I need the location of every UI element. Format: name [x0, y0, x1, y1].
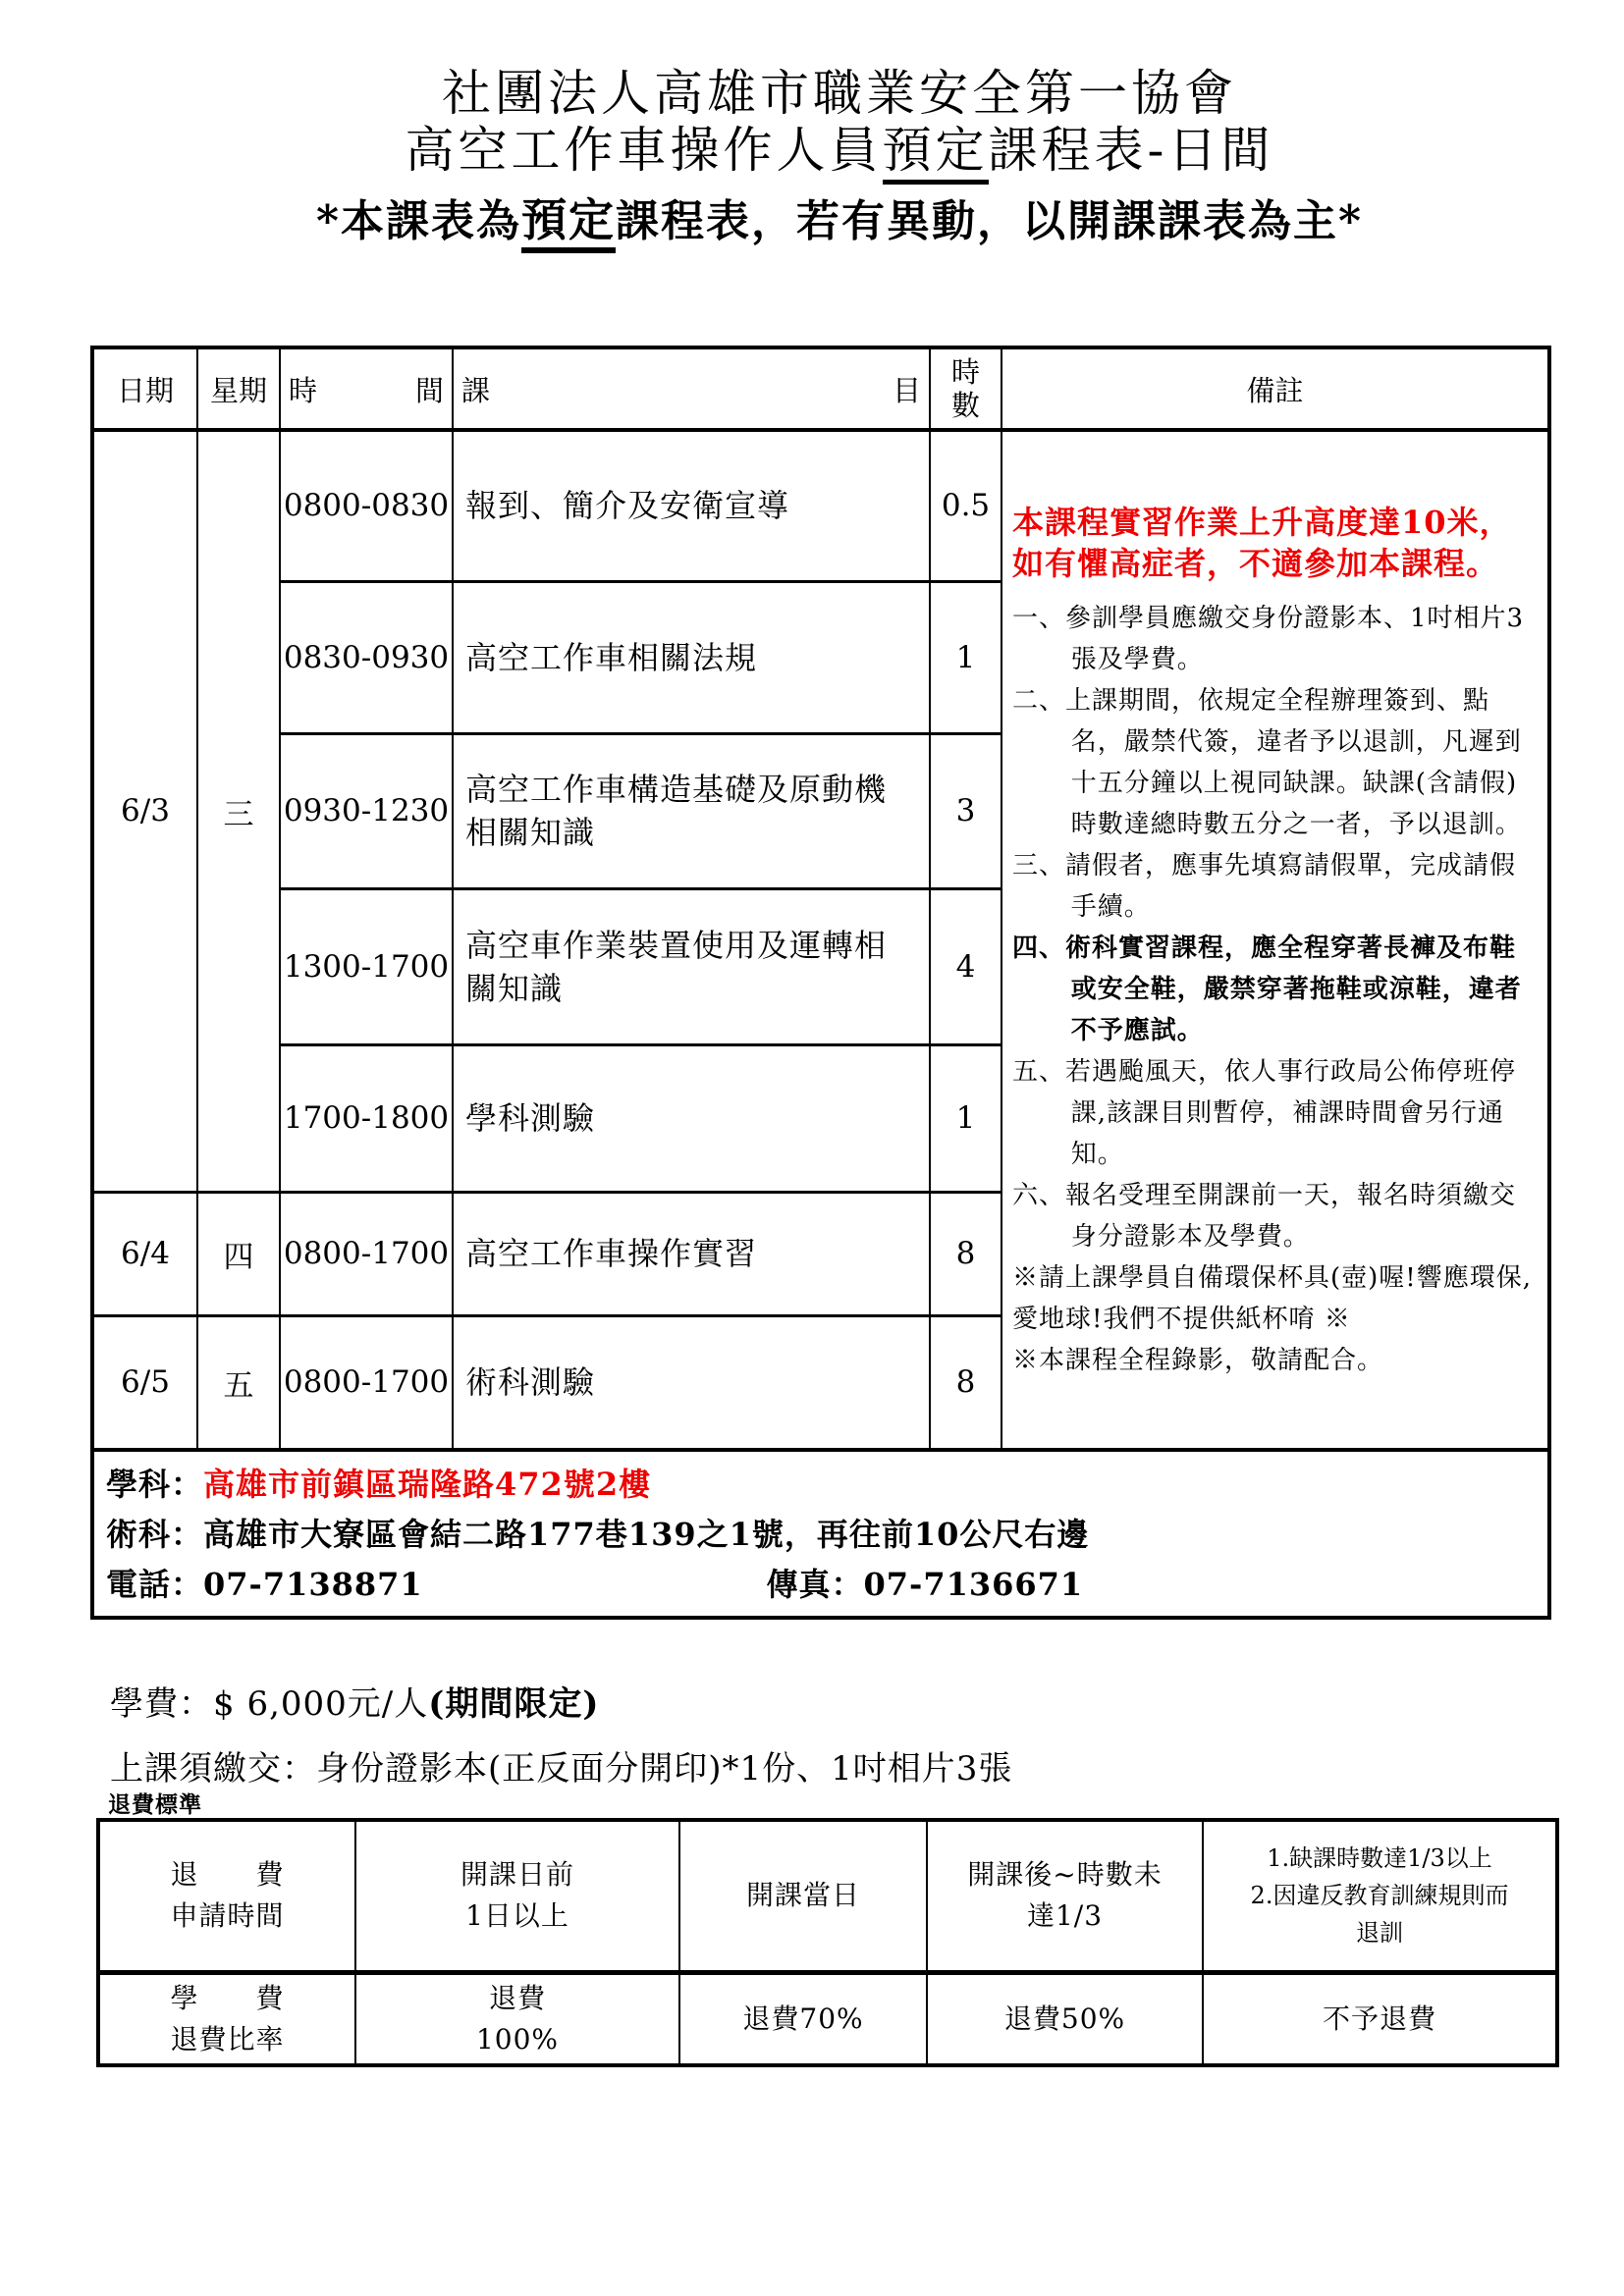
header-subject-first: 課 — [461, 369, 490, 409]
time-cell: 0830-0930 — [280, 581, 453, 733]
time-cell: 0800-1700 — [280, 1315, 453, 1450]
practical-location-line: 術科：高雄市大寮區會結二路177巷139之1號，再往前10公尺右邊 — [106, 1510, 1542, 1560]
refund-100: 退費 100% — [355, 1972, 679, 2065]
schedule-row: 6/3 三 0800-0830 報到、簡介及安衛宣導 0.5 本課程實習作業上升… — [92, 430, 1549, 581]
subject-cell: 學科測驗 — [453, 1044, 930, 1192]
notice-line: *本課表為預定課程表，若有異動，以開課課表為主* — [59, 194, 1620, 247]
time-cell: 1700-1800 — [280, 1044, 453, 1192]
header-hours: 時 數 — [930, 347, 1001, 430]
refund-50: 退費50% — [927, 1972, 1203, 2065]
header-time-first: 時 — [289, 369, 317, 409]
header-subject: 課目 — [453, 347, 930, 430]
hours-cell: 8 — [930, 1192, 1001, 1315]
table-footer-row: 學科：高雄市前鎮區瑞隆路472號2樓 術科：高雄市大寮區會結二路177巷139之… — [92, 1450, 1549, 1618]
refund-none: 不予退費 — [1203, 1972, 1557, 2065]
fax-number: 傳真：07-7136671 — [767, 1560, 1084, 1610]
refund-header-same-day: 開課當日 — [679, 1820, 927, 1972]
schedule-table: 日期 星期 時間 課目 時 數 備註 6/3 三 0800-0830 報到、簡介… — [90, 346, 1551, 1620]
refund-table: 退 費 申請時間 開課日前 1日以上 開課當日 開課後~時數未 達1/3 1.缺… — [96, 1818, 1559, 2067]
header-time-last: 間 — [415, 369, 444, 409]
document-heading: 社團法人高雄市職業安全第一協會 高空工作車操作人員預定課程表-日間 *本課表為預… — [59, 65, 1620, 247]
refund-ratio-label: 學 費 退費比率 — [98, 1972, 355, 2065]
notice-prefix: *本課表為 — [316, 196, 521, 246]
subject-cell: 報到、簡介及安衛宣導 — [453, 430, 930, 581]
refund-header-row: 退 費 申請時間 開課日前 1日以上 開課當日 開課後~時數未 達1/3 1.缺… — [98, 1820, 1557, 1972]
subject-cell: 術科測驗 — [453, 1315, 930, 1450]
refund-value-row: 學 費 退費比率 退費 100% 退費70% 退費50% 不予退費 — [98, 1972, 1557, 2065]
date-cell: 6/5 — [92, 1315, 197, 1450]
schedule-header-row: 日期 星期 時間 課目 時 數 備註 — [92, 347, 1549, 430]
time-cell: 0800-0830 — [280, 430, 453, 581]
academic-address: 高雄市前鎮區瑞隆路472號2樓 — [203, 1466, 651, 1503]
document-page: 社團法人高雄市職業安全第一協會 高空工作車操作人員預定課程表-日間 *本課表為預… — [0, 0, 1624, 2296]
weekday-cell: 四 — [197, 1192, 280, 1315]
hours-cell: 1 — [930, 581, 1001, 733]
tuition-limited-note: (期間限定) — [428, 1684, 599, 1724]
refund-70: 退費70% — [679, 1972, 927, 2065]
header-weekday: 星期 — [197, 347, 280, 430]
hours-cell: 8 — [930, 1315, 1001, 1450]
time-cell: 0800-1700 — [280, 1192, 453, 1315]
weekday-cell: 五 — [197, 1315, 280, 1450]
refund-header-dismissal: 1.缺課時數達1/3以上 2.因違反教育訓練規則而 退訓 — [1203, 1820, 1557, 1972]
remark-item-1: 一、參訓學員應繳交身份證影本、1吋相片3張及學費。 — [1012, 598, 1540, 680]
time-cell: 1300-1700 — [280, 888, 453, 1044]
academic-location-line: 學科：高雄市前鎮區瑞隆路472號2樓 — [106, 1460, 1542, 1510]
phone-number: 電話：07-7138871 — [106, 1560, 767, 1610]
eco-cup-note: ※請上課學員自備環保杯具(壺)喔!響應環保,愛地球!我們不提供紙杯唷 ※ — [1012, 1257, 1540, 1340]
hours-cell: 1 — [930, 1044, 1001, 1192]
phone-fax-line: 電話：07-7138871傳真：07-7136671 — [106, 1560, 1542, 1610]
remarks-list: 一、參訓學員應繳交身份證影本、1吋相片3張及學費。 二、上課期間，依規定全程辦理… — [1012, 598, 1540, 1381]
header-time: 時間 — [280, 347, 453, 430]
time-cell: 0930-1230 — [280, 733, 453, 888]
remark-item-3: 三、請假者，應事先填寫請假單，完成請假手續。 — [1012, 845, 1540, 928]
refund-header-apply-time: 退 費 申請時間 — [98, 1820, 355, 1972]
hours-cell: 0.5 — [930, 430, 1001, 581]
hours-cell: 3 — [930, 733, 1001, 888]
header-subject-last: 目 — [893, 369, 921, 409]
fees-section: 學費：$ 6,000元/人(期間限定) 上課須繳交：身份證影本(正反面分開印)*… — [110, 1677, 1012, 1789]
refund-header-before-1day: 開課日前 1日以上 — [355, 1820, 679, 1972]
subject-cell: 高空工作車操作實習 — [453, 1192, 930, 1315]
doc-title: 高空工作車操作人員預定課程表-日間 — [59, 122, 1620, 179]
subject-cell: 高空車作業裝置使用及運轉相關知識 — [453, 888, 930, 1044]
header-date: 日期 — [92, 347, 197, 430]
height-warning-text: 本課程實習作業上升高度達10米，如有懼高症者，不適參加本課程。 — [1012, 502, 1540, 584]
tuition-amount: 學費：$ 6,000元/人 — [110, 1684, 428, 1724]
date-cell: 6/4 — [92, 1192, 197, 1315]
remark-item-2: 二、上課期間，依規定全程辦理簽到、點名，嚴禁代簽，違者予以退訓，凡遲到十五分鐘以… — [1012, 680, 1540, 845]
refund-header-after-start: 開課後~時數未 達1/3 — [927, 1820, 1203, 1972]
weekday-cell: 三 — [197, 430, 280, 1192]
subject-cell: 高空工作車構造基礎及原動機相關知識 — [453, 733, 930, 888]
requirements-line: 上課須繳交：身份證影本(正反面分開印)*1份、1吋相片3張 — [110, 1741, 1012, 1789]
remark-item-5: 五、若遇颱風天，依人事行政局公佈停班停課,該課目則暫停，補課時間會另行通知。 — [1012, 1051, 1540, 1175]
recording-note: ※本課程全程錄影，敬請配合。 — [1012, 1340, 1540, 1381]
date-cell: 6/3 — [92, 430, 197, 1192]
academic-label: 學科： — [106, 1466, 203, 1503]
remarks-cell: 本課程實習作業上升高度達10米，如有懼高症者，不適參加本課程。 一、參訓學員應繳… — [1001, 430, 1549, 1450]
header-remarks: 備註 — [1001, 347, 1549, 430]
doc-title-underlined-word: 預定 — [883, 122, 989, 185]
remark-item-6: 六、報名受理至開課前一天，報名時須繳交身分證影本及學費。 — [1012, 1175, 1540, 1257]
tuition-line: 學費：$ 6,000元/人(期間限定) — [110, 1677, 1012, 1725]
header-hours-first: 時 — [931, 355, 1001, 389]
org-title: 社團法人高雄市職業安全第一協會 — [59, 65, 1620, 122]
subject-cell: 高空工作車相關法規 — [453, 581, 930, 733]
hours-cell: 4 — [930, 888, 1001, 1044]
location-contact-cell: 學科：高雄市前鎮區瑞隆路472號2樓 術科：高雄市大寮區會結二路177巷139之… — [92, 1450, 1549, 1618]
header-hours-last: 數 — [931, 389, 1001, 422]
doc-title-prefix: 高空工作車操作人員 — [406, 122, 883, 179]
doc-title-suffix: 課程表-日間 — [989, 122, 1274, 179]
notice-suffix: 課程表，若有異動，以開課課表為主* — [616, 196, 1363, 246]
refund-standard-title: 退費標準 — [108, 1787, 202, 1819]
notice-emphasis-word: 預定 — [521, 193, 616, 253]
remark-item-4: 四、術科實習課程，應全程穿著長褲及布鞋或安全鞋，嚴禁穿著拖鞋或涼鞋，違者不予應試… — [1012, 928, 1540, 1051]
